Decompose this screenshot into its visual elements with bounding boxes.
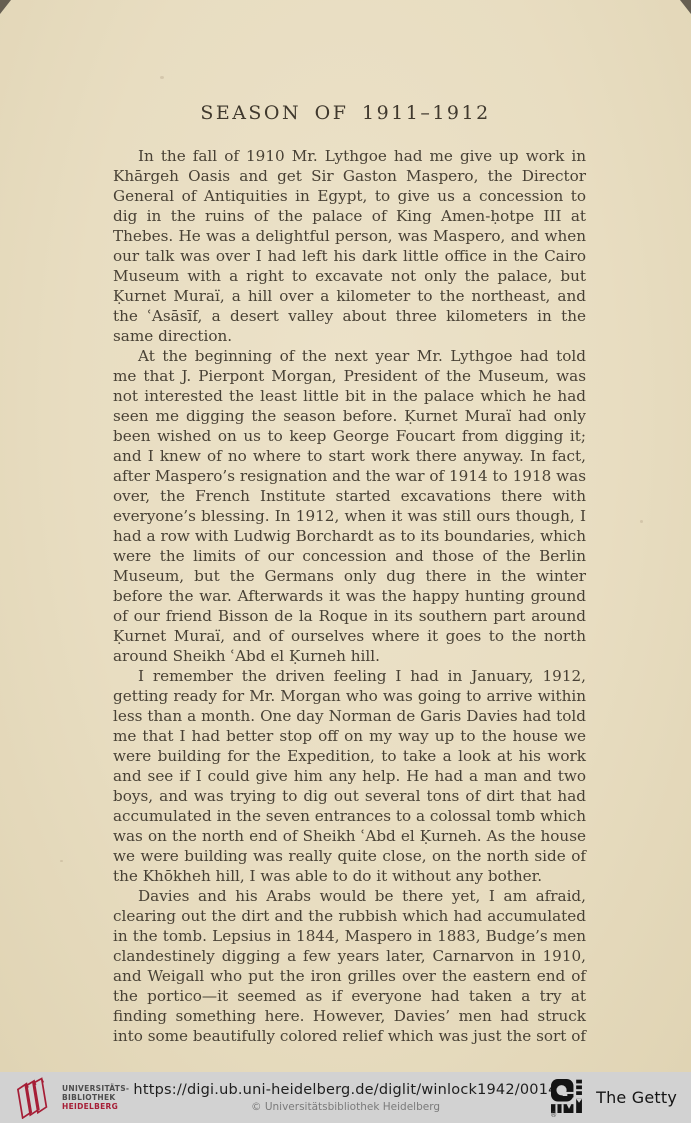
body-text: In the fall of 1910 Mr. Lythgoe had me g… [113,146,586,1046]
paper-speck [640,520,643,523]
getty-branding: ® The Getty [551,1079,679,1117]
footer-source-info: https://digi.ub.uni-heidelberg.de/diglit… [133,1072,557,1123]
paragraph: In the fall of 1910 Mr. Lythgoe had me g… [113,146,586,346]
heidelberg-books-icon [16,1077,54,1119]
heidelberg-library-branding: UNIVERSITÄTS- BIBLIOTHEK HEIDELBERG [16,1077,129,1119]
library-name: UNIVERSITÄTS- BIBLIOTHEK HEIDELBERG [62,1084,129,1111]
copyright-notice: © Universitätsbibliothek Heidelberg [251,1101,440,1113]
getty-logo-icon: ® [551,1079,585,1117]
scan-corner-mark-left [0,0,11,14]
library-footer-bar: UNIVERSITÄTS- BIBLIOTHEK HEIDELBERG http… [0,1072,691,1123]
scan-corner-mark-right [680,0,691,14]
getty-label: The Getty [596,1088,677,1107]
paragraph: I remember the driven feeling I had in J… [113,666,586,886]
source-url[interactable]: https://digi.ub.uni-heidelberg.de/diglit… [133,1082,557,1098]
library-name-line3: HEIDELBERG [62,1102,129,1111]
paper-scan: SEASON OF 1911–1912 In the fall of 1910 … [0,0,691,1072]
scanned-book-page: SEASON OF 1911–1912 In the fall of 1910 … [0,0,691,1123]
paragraph: Davies and his Arabs would be there yet,… [113,886,586,1046]
paragraph: At the beginning of the next year Mr. Ly… [113,346,586,666]
library-name-line2: BIBLIOTHEK [62,1093,129,1102]
registered-trademark-symbol: ® [550,1111,557,1119]
paper-speck [160,76,164,79]
library-name-line1: UNIVERSITÄTS- [62,1084,129,1093]
page-title: SEASON OF 1911–1912 [0,102,691,124]
paper-speck [60,860,63,862]
